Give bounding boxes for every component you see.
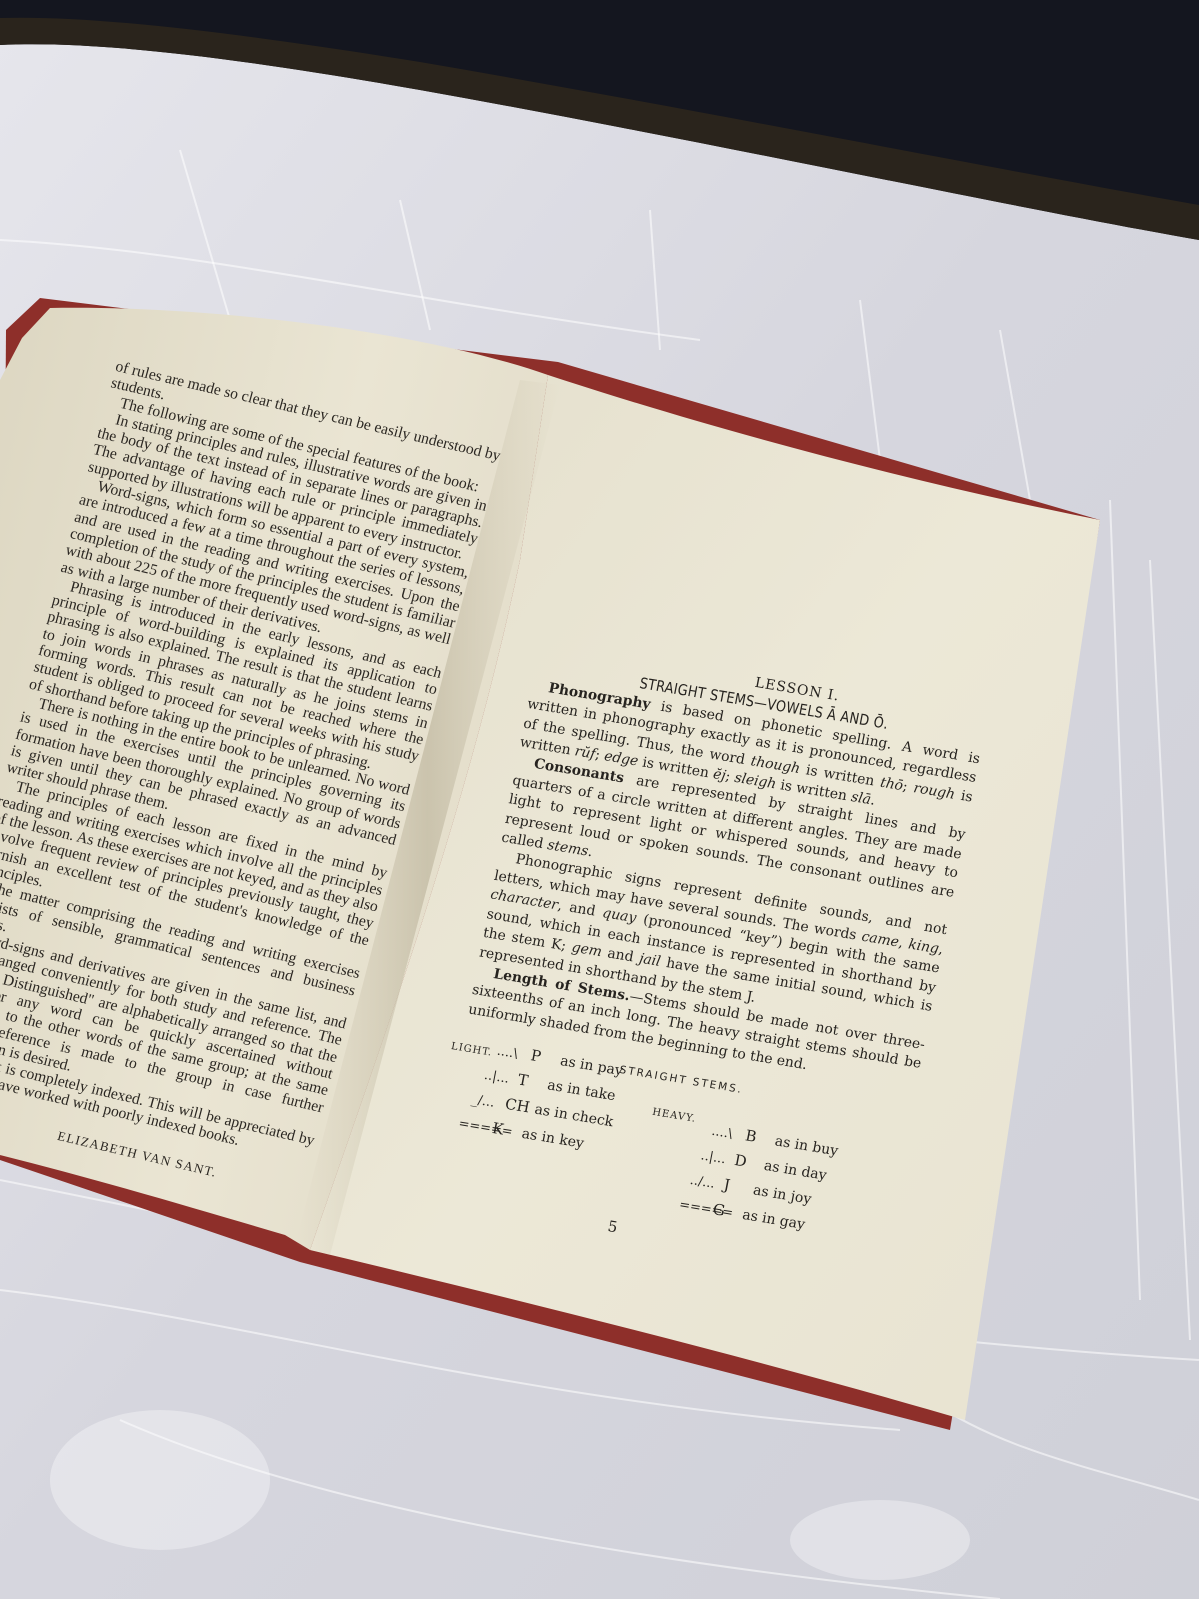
stem-example: as in pay <box>559 1053 624 1079</box>
shorthand-stem-icon: ===== <box>677 1196 714 1221</box>
page-number: 5 <box>606 1217 619 1238</box>
stem-letter: J <box>722 1176 755 1200</box>
stem-example: as in joy <box>752 1183 813 1208</box>
stem-example: as in key <box>520 1126 585 1152</box>
stem-example: as in day <box>763 1158 828 1184</box>
shorthand-stem-icon: ..|... <box>699 1147 736 1172</box>
shorthand-stem-icon: ===== <box>457 1115 494 1140</box>
stem-letter: P <box>529 1046 562 1070</box>
stem-letter: D <box>733 1151 766 1175</box>
shorthand-stem-icon: _/... <box>470 1090 507 1115</box>
photo-scene: of rules are made so clear that they can… <box>0 0 1199 1599</box>
stem-letter: T <box>516 1071 549 1095</box>
shorthand-stem-icon: ....\ <box>495 1042 532 1067</box>
stem-letter: CH <box>503 1095 536 1119</box>
stems-heading: STRAIGHT STEMS. <box>618 1061 745 1100</box>
stem-letter: G <box>711 1200 744 1224</box>
stem-example: as in gay <box>741 1207 806 1233</box>
stem-example: as in check <box>533 1102 614 1131</box>
heavy-label: HEAVY. <box>650 1103 698 1129</box>
lesson-body: Phonography is based on phonetic spellin… <box>467 676 982 1093</box>
shorthand-stem-icon: ..|... <box>482 1066 519 1091</box>
stem-example: as in take <box>546 1078 617 1105</box>
shorthand-stem-icon: ../... <box>688 1171 725 1196</box>
stem-letter: B <box>744 1127 777 1151</box>
stem-letter: K <box>491 1119 524 1143</box>
shorthand-stem-icon: ....\ <box>710 1122 747 1147</box>
stem-example: as in buy <box>773 1133 839 1159</box>
